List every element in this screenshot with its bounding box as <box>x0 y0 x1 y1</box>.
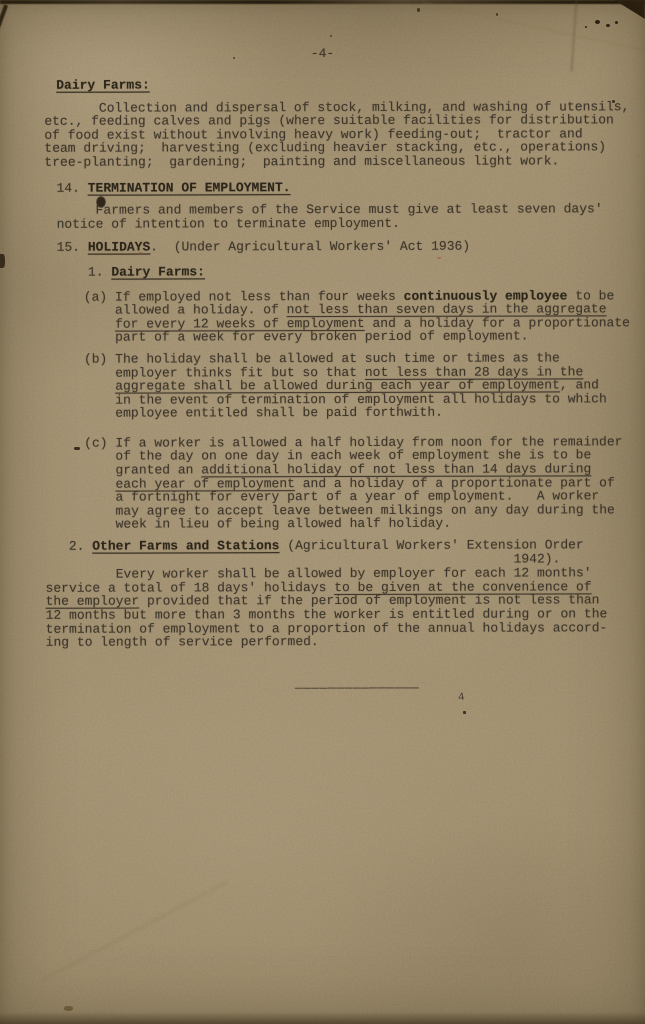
paper-crease <box>42 881 228 981</box>
stray-mark: 4 <box>457 692 465 705</box>
typed-divider-rule: _______________ <box>46 676 645 691</box>
text-line: week in lieu of being allowed half holid… <box>45 517 645 532</box>
heading-section-15: 15. HOLIDAYS. (Under Agricultural Worker… <box>57 240 645 255</box>
subheading-dairy-farms: 1. Dairy Farms: <box>57 264 645 279</box>
heading-section-14: 14. TERMINATION OF EMPLOYMENT. <box>56 180 644 195</box>
document-text: Dairy Farms: Collection and dispersal of… <box>44 77 645 691</box>
paper-speck <box>330 35 332 37</box>
text-line: termination of employment to a proportio… <box>46 621 645 636</box>
text-line: tree-planting; gardening; painting and m… <box>44 154 644 169</box>
paper-speck <box>139 252 142 255</box>
paper-speck <box>437 257 441 259</box>
paper-bottom-edge-shadow <box>0 1012 645 1024</box>
paper-speck <box>233 57 235 59</box>
page-number: -4- <box>0 46 645 61</box>
paper-speck <box>585 26 587 28</box>
paper-top-edge-shadow <box>0 0 645 4</box>
scanned-document-page: -4- Dairy Farms: Collection and dispersa… <box>0 0 645 1024</box>
text-line: notice of intention to terminate employm… <box>57 216 645 231</box>
paper-speck <box>615 21 618 24</box>
text-line: part of a week for every broken period o… <box>45 330 645 345</box>
paper-speck <box>74 447 80 450</box>
paper-speck <box>0 254 5 268</box>
ink-blot <box>96 196 106 208</box>
paper-speck <box>417 8 420 12</box>
text-line: employee entitled shall be paid forthwit… <box>45 405 645 420</box>
paper-speck <box>64 1006 73 1011</box>
heading-dairy-farms: Dairy Farms: <box>56 77 644 92</box>
text-line: ing to length of service performed. <box>46 634 645 649</box>
paper-corner-mark-top-left <box>0 4 8 39</box>
paper-speck <box>606 24 610 27</box>
paper-speck <box>595 20 600 24</box>
paper-speck <box>463 711 466 714</box>
paper-speck <box>496 13 498 16</box>
paper-speck <box>612 100 615 103</box>
